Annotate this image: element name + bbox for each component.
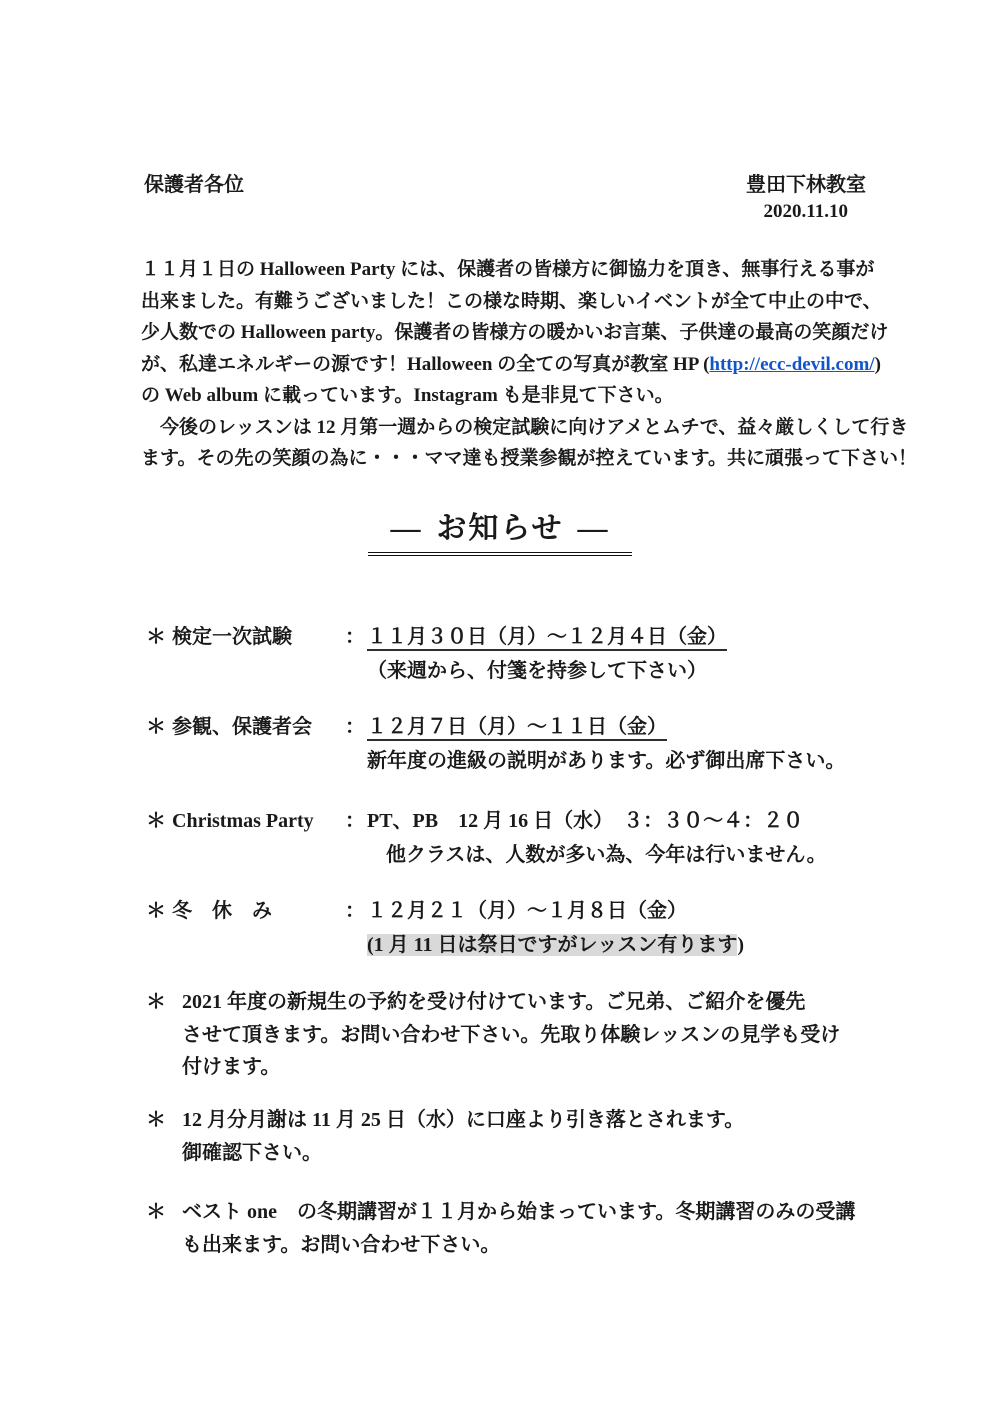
- winter-course-line: ベスト one の冬期講習が１１月から始まっています。冬期講習のみの受講: [182, 1196, 855, 1229]
- link-line-pre: が、私達エネルギーの源です！Halloween の全ての写真が教室 HP (: [141, 354, 709, 375]
- tuition-line: 12 月分月謝は 11 月 25 日（水）に口座より引き落とされます。: [182, 1104, 744, 1137]
- document-date: 2020.11.10: [764, 201, 848, 223]
- notice-heading: ―お知らせ―: [368, 503, 631, 556]
- intro-line: の Web album に載っています。Instagram も是非見て下さい。: [141, 380, 917, 412]
- holiday-lesson-highlight: (1 月 11 日は祭日ですがレッスン有ります: [367, 934, 737, 956]
- exam-row: ＊検定一次試験：１１月３０日（月）～１２月４日（金）: [146, 620, 727, 654]
- winter-break-date-range: １２月２１（月）～１月８日（金）: [367, 900, 687, 922]
- intro-paragraph: １１月１日の Halloween Party には、保護者の皆様方に御協力を頂き…: [141, 254, 917, 475]
- tuition-text: 12 月分月謝は 11 月 25 日（水）に口座より引き落とされます。 御確認下…: [182, 1104, 744, 1169]
- tuition-line: 御確認下さい。: [182, 1137, 744, 1170]
- notice-document-page: 保護者各位 豊田下林教室 2020.11.10 １１月１日の Halloween…: [0, 0, 1000, 1414]
- intro-line: 少人数での Halloween party。保護者の皆様方の暖かいお言葉、子供達…: [141, 317, 917, 349]
- notice-item-winter-course: ＊ ベスト one の冬期講習が１１月から始まっています。冬期講習のみの受講 も…: [146, 1196, 855, 1261]
- asterisk-bullet: ＊: [146, 804, 172, 838]
- notice-item-winter-break: ＊冬 休 み：１２月２１（月）～１月８日（金） (1 月 11 日は祭日ですがレ…: [146, 894, 744, 962]
- exam-note: （来週から、付箋を持参して下さい）: [367, 654, 727, 688]
- notice-item-observation: ＊参観、保護者会：１２月７日（月）～１１日（金） 新年度の進級の説明があります。…: [146, 710, 845, 778]
- winter-break-row: ＊冬 休 み：１２月２１（月）～１月８日（金）: [146, 894, 744, 928]
- notice-heading-title: お知らせ: [436, 512, 563, 545]
- exam-date-range: １１月３０日（月）～１２月４日（金）: [367, 626, 727, 651]
- heading-dash-left: ―: [376, 512, 436, 545]
- intro-line: ます。その先の笑顔の為に・・・ママ達も授業参観が控えています。共に頑張って下さい…: [141, 443, 917, 475]
- new-students-line: 付けます。: [182, 1051, 840, 1084]
- asterisk-bullet: ＊: [146, 986, 166, 1019]
- intro-line: 今後のレッスンは 12 月第一週からの検定試験に向けアメとムチで、益々厳しくして…: [141, 412, 917, 444]
- colon-separator: ：: [345, 804, 367, 838]
- observation-label: 参観、保護者会: [172, 710, 345, 744]
- notice-item-exam: ＊検定一次試験：１１月３０日（月）～１２月４日（金） （来週から、付箋を持参して…: [146, 620, 727, 688]
- link-line-post: ): [875, 354, 881, 375]
- observation-note: 新年度の進級の説明があります。必ず御出席下さい。: [367, 744, 845, 778]
- christmas-row: ＊Christmas Party：PT、PB 12 月 16 日（水） ３：３０…: [146, 804, 827, 838]
- exam-label: 検定一次試験: [172, 620, 345, 654]
- colon-separator: ：: [345, 620, 367, 654]
- intro-line-with-link: が、私達エネルギーの源です！Halloween の全ての写真が教室 HP (ht…: [141, 349, 917, 381]
- heading-dash-right: ―: [564, 512, 624, 545]
- asterisk-bullet: ＊: [146, 1196, 166, 1229]
- winter-course-text: ベスト one の冬期講習が１１月から始まっています。冬期講習のみの受講 も出来…: [182, 1196, 855, 1261]
- notice-item-tuition: ＊ 12 月分月謝は 11 月 25 日（水）に口座より引き落とされます。 御確…: [146, 1104, 744, 1169]
- recipient-label: 保護者各位: [144, 168, 244, 197]
- christmas-label: Christmas Party: [172, 804, 345, 838]
- intro-line: １１月１日の Halloween Party には、保護者の皆様方に御協力を頂き…: [141, 254, 917, 286]
- colon-separator: ：: [345, 894, 367, 928]
- asterisk-bullet: ＊: [146, 1104, 166, 1137]
- winter-break-label: 冬 休 み: [172, 894, 345, 928]
- colon-separator: ：: [345, 710, 367, 744]
- new-students-text: 2021 年度の新規生の予約を受け付けています。ご兄弟、ご紹介を優先 させて頂き…: [182, 986, 840, 1084]
- notice-item-christmas: ＊Christmas Party：PT、PB 12 月 16 日（水） ３：３０…: [146, 804, 827, 872]
- asterisk-bullet: ＊: [146, 894, 172, 928]
- winter-break-note: (1 月 11 日は祭日ですがレッスン有ります): [367, 928, 744, 962]
- observation-row: ＊参観、保護者会：１２月７日（月）～１１日（金）: [146, 710, 845, 744]
- christmas-note: 他クラスは、人数が多い為、今年は行いません。: [386, 838, 827, 872]
- winter-course-line: も出来ます。お問い合わせ下さい。: [182, 1229, 855, 1262]
- christmas-datetime: PT、PB 12 月 16 日（水） ３：３０～４：２０: [367, 810, 803, 832]
- classroom-hp-link[interactable]: http://ecc-devil.com/: [709, 354, 874, 375]
- classroom-name: 豊田下林教室: [746, 168, 866, 197]
- new-students-line: させて頂きます。お問い合わせ下さい。先取り体験レッスンの見学も受け: [182, 1019, 840, 1052]
- asterisk-bullet: ＊: [146, 620, 172, 654]
- intro-line: 出来ました。有難うございました！この様な時期、楽しいイベントが全て中止の中で、: [141, 286, 917, 318]
- holiday-lesson-note-tail: ): [737, 934, 744, 956]
- observation-date-range: １２月７日（月）～１１日（金）: [367, 716, 667, 741]
- asterisk-bullet: ＊: [146, 710, 172, 744]
- new-students-line: 2021 年度の新規生の予約を受け付けています。ご兄弟、ご紹介を優先: [182, 986, 840, 1019]
- notice-heading-row: ―お知らせ―: [0, 503, 1000, 556]
- notice-item-new-students: ＊ 2021 年度の新規生の予約を受け付けています。ご兄弟、ご紹介を優先 させて…: [146, 986, 840, 1084]
